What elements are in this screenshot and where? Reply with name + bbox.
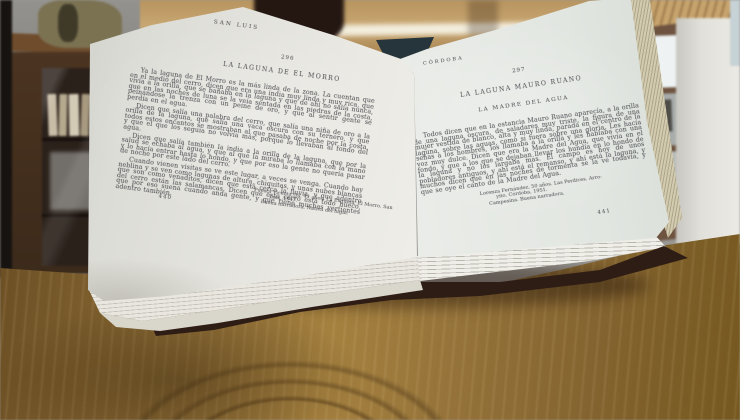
photograph: SAN LUIS 296 LA LAGUNA DE EL MORRO Ya la… xyxy=(0,0,740,420)
open-book: SAN LUIS 296 LA LAGUNA DE EL MORRO Ya la… xyxy=(0,0,740,420)
